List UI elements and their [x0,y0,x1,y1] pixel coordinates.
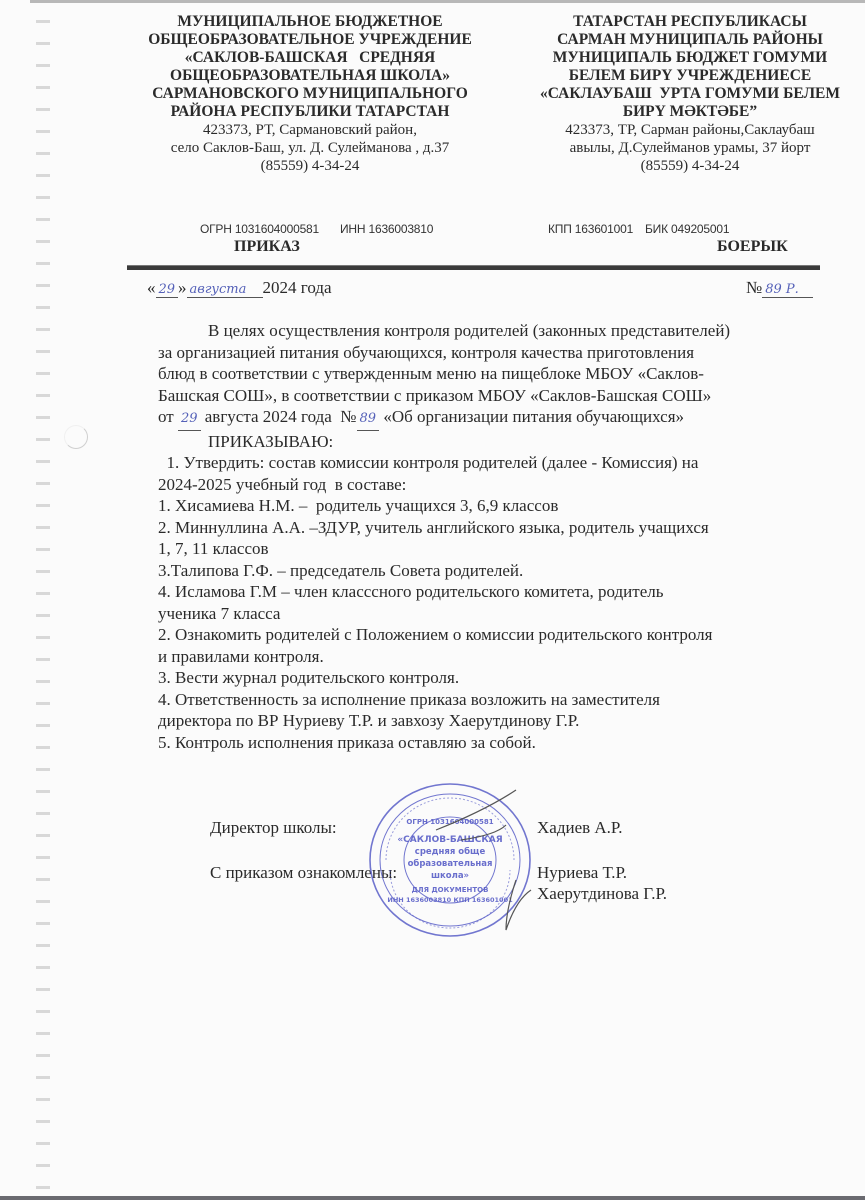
stamp-line: средняя обще [415,846,486,857]
quote-close: » [178,278,187,297]
org-name-line: БЕЛЕМ БИРҮ УЧРЕЖДЕНИЕСЕ [515,67,865,85]
org-name-line: ОБЩЕОБРАЗОВАТЕЛЬНОЕ УЧРЕЖДЕНИЕ [110,31,510,49]
org-name-line: ТАТАРСТАН РЕСПУБЛИКАСЫ [515,13,865,31]
org-name-line: МУНИЦИПАЛЬНОЕ БЮДЖЕТНОЕ [110,13,510,31]
handwritten-ref-number: 89 [357,408,380,431]
kpp: КПП 163601001 [548,222,633,236]
address-line: село Саклов-Баш, ул. Д. Сулейманова , д.… [110,139,510,157]
preamble-line: за организацией питания обучающихся, кон… [158,342,838,364]
phone-line: (85559) 4-34-24 [515,157,865,175]
header-divider [127,265,820,270]
preamble-line: В целях осуществления контроля родителей… [158,320,838,342]
handwritten-number: 89 Р. [762,282,813,298]
stamp-line: «САКЛОВ-БАШСКАЯ [397,835,502,845]
handwritten-ref-day: 29 [178,408,201,431]
org-name-line: САРМАНОВСКОГО МУНИЦИПАЛЬНОГО [110,85,510,103]
header-right-tt: ТАТАРСТАН РЕСПУБЛИКАСЫ САРМАН МУНИЦИПАЛЬ… [515,13,865,175]
order-item: и правилами контроля. [158,646,838,668]
address-line: авылы, Д.Сулейманов урамы, 37 йорт [515,139,865,157]
stamp-inn-kpp: ИНН 1636003810 КПП 163601001 [387,896,513,904]
punch-hole [64,425,88,449]
number-label: № [746,278,762,297]
org-name-line: «САКЛОВ-БАШСКАЯ СРЕДНЯЯ [110,49,510,67]
order-number: №89 Р. [746,278,813,298]
stamp-line: образовательная [408,858,493,869]
reference-line: от 29 августа 2024 года №89 «Об организа… [158,406,838,431]
bik: БИК 049205001 [645,222,729,236]
official-stamp-icon: «САКЛОВ-БАШСКАЯ средняя обще образовател… [366,780,534,940]
ref-middle: августа 2024 года № [205,407,357,426]
order-item: 1, 7, 11 классов [158,538,838,560]
quote-open: « [147,278,156,297]
org-name-line: МУНИЦИПАЛЬ БЮДЖЕТ ГОМУМИ [515,49,865,67]
address-line: 423373, ТР, Сарман районы,Саклаубаш [515,121,865,139]
order-item: 2. Миннуллина А.А. –ЗДУР, учитель англий… [158,517,838,539]
handwritten-day: 29 [156,282,179,298]
order-item: 3. Вести журнал родительского контроля. [158,667,838,689]
order-item: 4. Исламова Г.М – член класссного родите… [158,581,838,603]
year-text: 2024 года [263,278,332,297]
order-body: В целях осуществления контроля родителей… [158,320,838,753]
preamble-line: Башская СОШ», в соответствии с приказом … [158,385,838,407]
order-item: 2. Ознакомить родителей с Положением о к… [158,624,838,646]
org-name-line: «САКЛАУБАШ УРТА ГОМУМИ БЕЛЕМ [515,85,865,103]
director-label: Директор школы: [210,818,337,838]
ogrn: ОГРН 1031604000581 [200,222,319,236]
order-item: 1. Утвердить: состав комиссии контроля р… [158,452,838,474]
binding-margin-marks [36,10,50,1195]
order-word: ПРИКАЗЫВАЮ: [158,431,838,453]
header-left-ru: МУНИЦИПАЛЬНОЕ БЮДЖЕТНОЕ ОБЩЕОБРАЗОВАТЕЛЬ… [110,13,510,175]
handwritten-month: августа [187,282,263,298]
director-name: Хадиев А.Р. [537,818,623,838]
page-top-edge [30,0,865,3]
acquainted-name: Хаерутдинова Г.Р. [537,884,667,904]
doc-type-tt: БОЕРЫК [717,238,788,256]
inn: ИНН 1636003810 [340,222,433,236]
org-name-line: РАЙОНА РЕСПУБЛИКИ ТАТАРСТАН [110,103,510,121]
order-item: 3.Талипова Г.Ф. – председатель Совета ро… [158,560,838,582]
order-item: директора по ВР Нуриеву Т.Р. и завхозу Х… [158,710,838,732]
org-name-line: САРМАН МУНИЦИПАЛЬ РАЙОНЫ [515,31,865,49]
stamp-for-docs: ДЛЯ ДОКУМЕНТОВ [412,886,489,894]
acquainted-name: Нуриева Т.Р. [537,863,627,883]
ref-prefix: от [158,407,174,426]
order-item: 5. Контроль исполнения приказа оставляю … [158,732,838,754]
preamble-line: блюд в соответствии с утвержденным меню … [158,363,838,385]
doc-type-ru: ПРИКАЗ [234,238,300,256]
ref-suffix: «Об организации питания обучающихся» [383,407,684,426]
phone-line: (85559) 4-34-24 [110,157,510,175]
org-name-line: БИРҮ МӘКТӘБЕ” [515,103,865,121]
page-bottom-edge [0,1196,865,1200]
stamp-line: школа» [431,871,469,881]
org-name-line: ОБЩЕОБРАЗОВАТЕЛЬНАЯ ШКОЛА» [110,67,510,85]
address-line: 423373, РТ, Сармановский район, [110,121,510,139]
order-item: 1. Хисамиева Н.М. – родитель учащихся 3,… [158,495,838,517]
order-item: 4. Ответственность за исполнение приказа… [158,689,838,711]
order-item: 2024-2025 учебный год в составе: [158,474,838,496]
order-date: «29»августа2024 года [147,278,332,298]
order-item: ученика 7 класса [158,603,838,625]
